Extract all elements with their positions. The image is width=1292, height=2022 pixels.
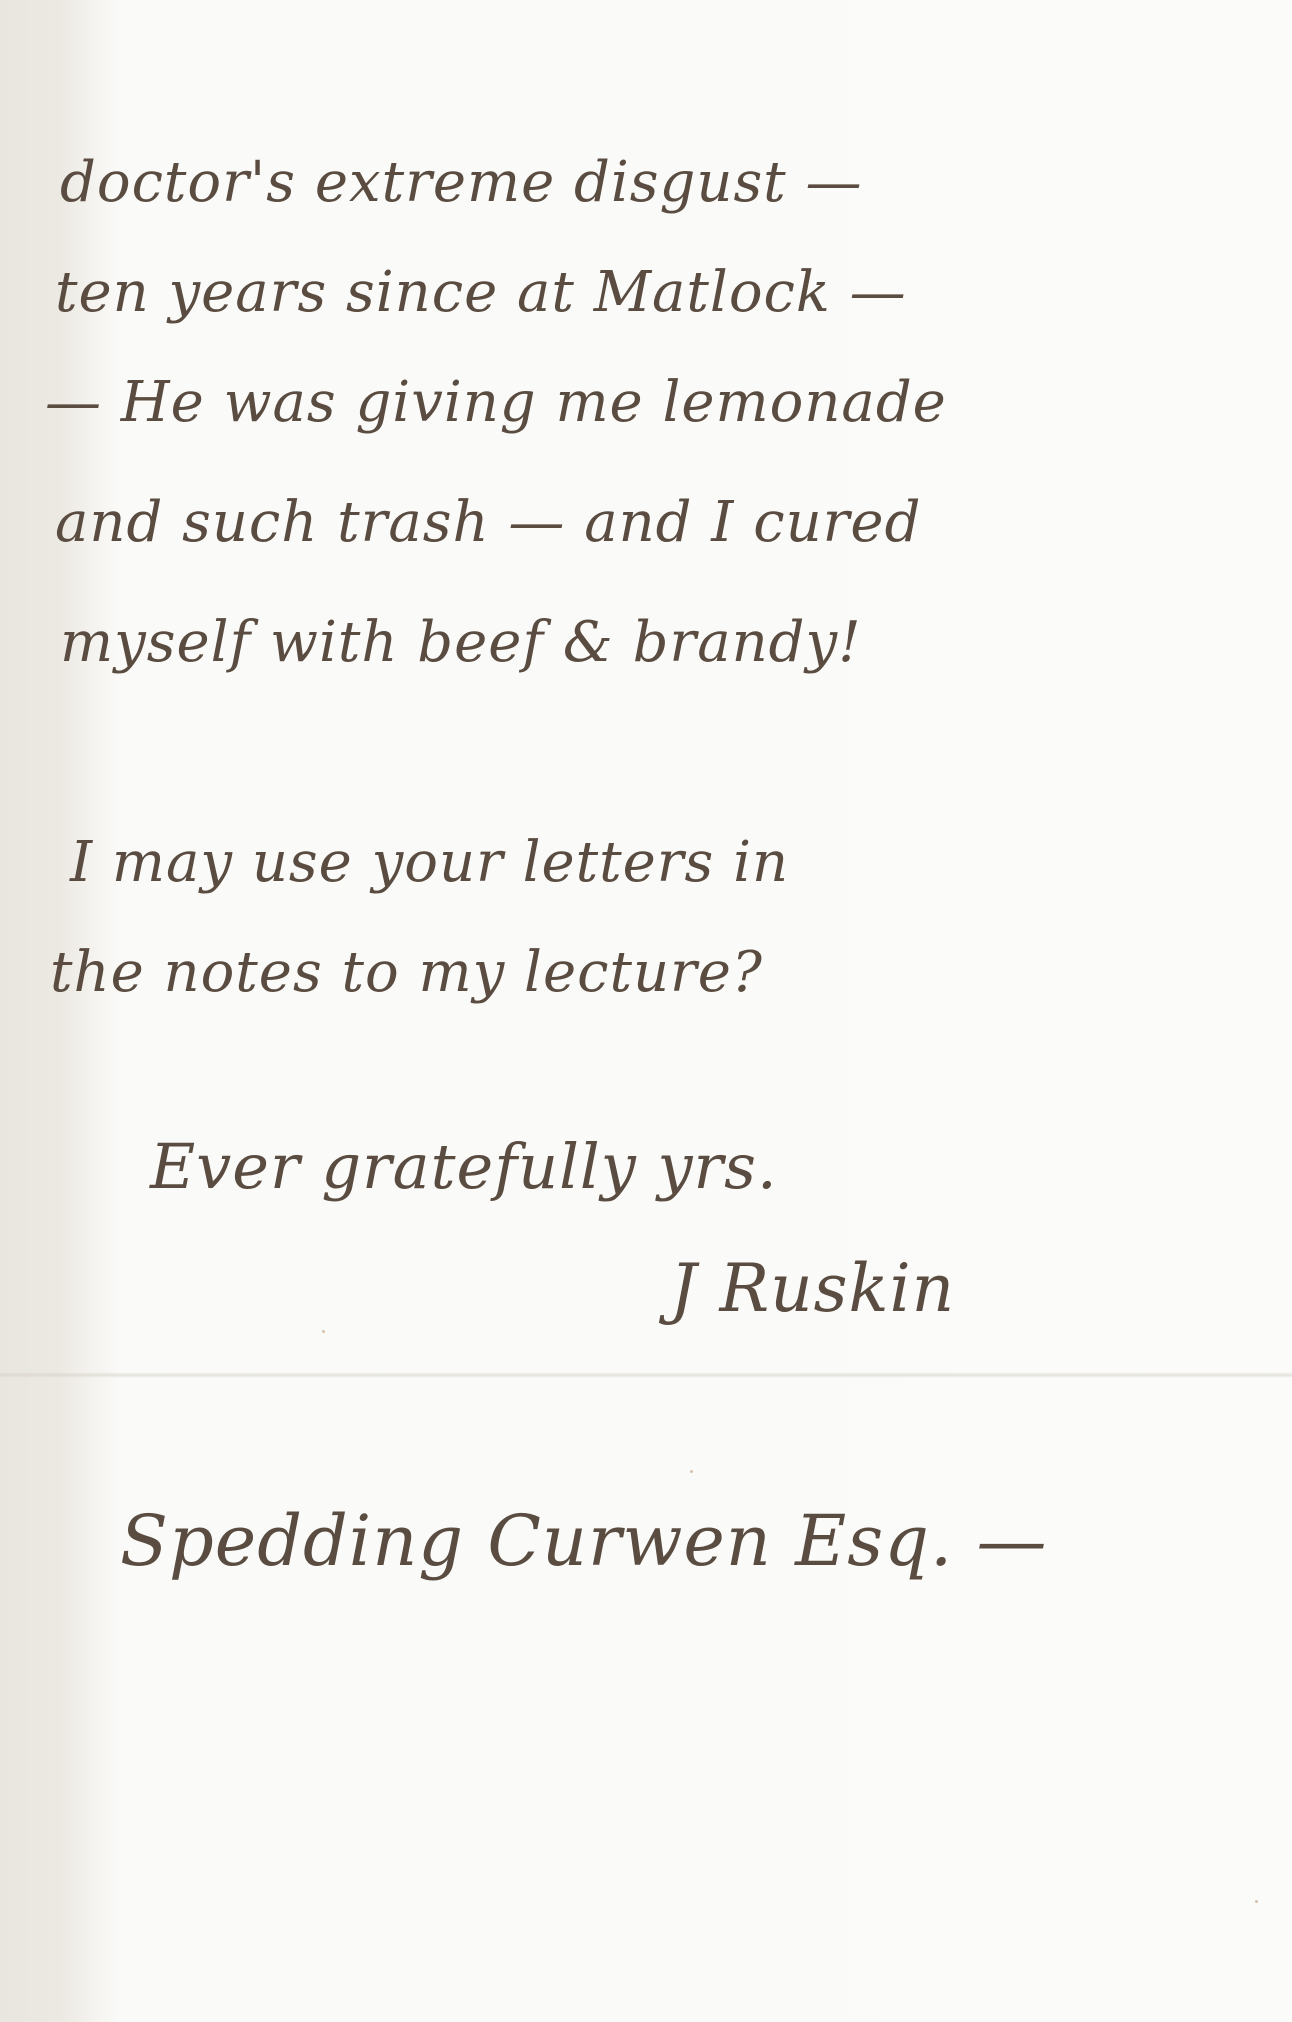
letter-line: ten years since at Matlock — <box>55 260 907 325</box>
letter-page: doctor's extreme disgust — ten years sin… <box>0 0 1292 2022</box>
letter-line: — He was giving me lemonade <box>45 370 947 435</box>
paper-foxing-spot <box>690 1470 693 1473</box>
letter-line: doctor's extreme disgust — <box>60 150 862 215</box>
letter-question-line: I may use your letters in <box>70 830 789 895</box>
letter-line: myself with beef & brandy! <box>60 610 862 675</box>
paper-fold-crease <box>0 1372 1292 1378</box>
letter-line: and such trash — and I cured <box>55 490 921 555</box>
letter-signature: J Ruskin <box>670 1250 955 1327</box>
paper-foxing-spot <box>1255 1900 1258 1903</box>
letter-closing: Ever gratefully yrs. <box>150 1130 778 1203</box>
paper-foxing-spot <box>322 1330 325 1333</box>
letter-question-line: the notes to my lecture? <box>50 940 763 1005</box>
letter-addressee: Spedding Curwen Esq. — <box>120 1500 1047 1582</box>
